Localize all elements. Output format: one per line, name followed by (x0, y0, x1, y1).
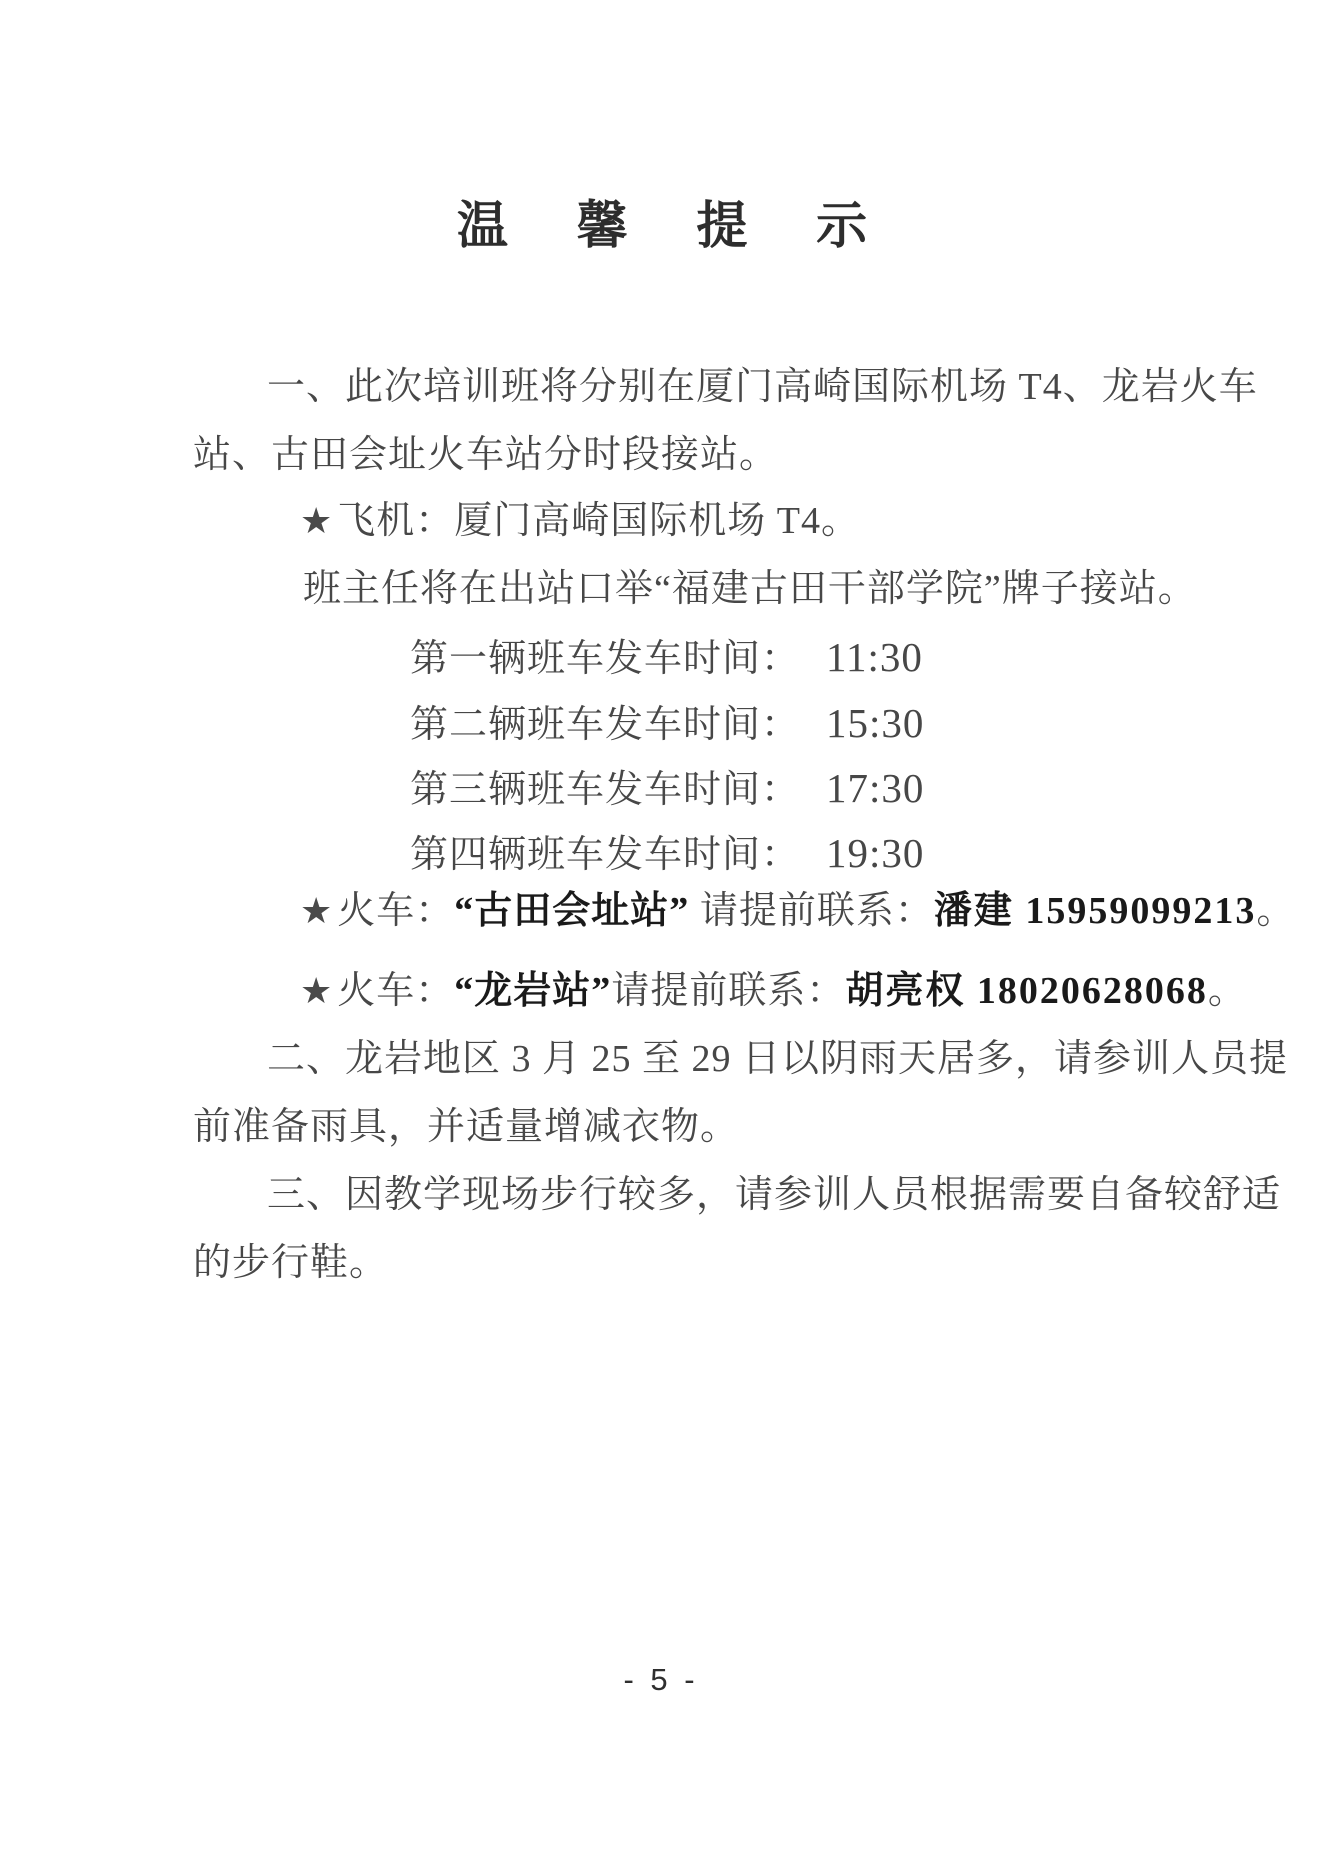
paragraph-pickup-line-1: 一、此次培训班将分别在厦门高崎国际机场 T4、龙岩火车 (267, 366, 1258, 410)
train-longyan-middle: 请提前联系： (611, 970, 845, 1012)
plane-pickup-line: ★飞机：厦门高崎国际机场 T4。 (300, 500, 860, 544)
bus-time-3: 第三辆班车发车时间：17:30 (410, 765, 924, 813)
paragraph-weather-line-2: 前准备雨具，并适量增减衣物。 (193, 1106, 739, 1150)
train-gutian-station: “古田会址站” (454, 890, 689, 932)
train-gutian-contact: 潘建 15959099213 (934, 890, 1257, 932)
train-gutian-label: 火车： (337, 890, 454, 932)
document-page: 温 馨 提 示 一、此次培训班将分别在厦门高崎国际机场 T4、龙岩火车 站、古田… (0, 0, 1322, 1869)
star-icon: ★ (300, 971, 333, 1012)
train-gutian-end: 。 (1256, 890, 1295, 932)
train-longyan-label: 火车： (337, 970, 454, 1012)
bus-time-3-value: 17:30 (826, 765, 924, 811)
paragraph-shoes-line-1: 三、因教学现场步行较多，请参训人员根据需要自备较舒适 (267, 1174, 1281, 1218)
train-longyan-station: “龙岩站” (454, 970, 611, 1012)
paragraph-weather-line-1: 二、龙岩地区 3 月 25 至 29 日以阴雨天居多，请参训人员提 (267, 1038, 1288, 1082)
train-longyan-line: ★火车：“龙岩站”请提前联系：胡亮权 18020628068。 (300, 970, 1247, 1014)
host-sign-line: 班主任将在出站口举“福建古田干部学院”牌子接站。 (303, 568, 1197, 612)
star-icon: ★ (300, 891, 333, 932)
bus-time-4-value: 19:30 (826, 830, 924, 876)
train-longyan-contact: 胡亮权 18020628068 (845, 970, 1208, 1012)
train-gutian-line: ★火车：“古田会址站” 请提前联系：潘建 15959099213。 (300, 890, 1295, 934)
bus-time-1-value: 11:30 (826, 634, 923, 680)
bus-time-1: 第一辆班车发车时间：11:30 (410, 634, 923, 682)
star-icon: ★ (300, 501, 333, 542)
bus-time-1-label: 第一辆班车发车时间： (410, 638, 800, 680)
bus-time-2: 第二辆班车发车时间：15:30 (410, 700, 924, 748)
document-title: 温 馨 提 示 (0, 184, 1322, 258)
plane-pickup-text: 飞机：厦门高崎国际机场 T4。 (337, 500, 860, 542)
train-gutian-middle: 请提前联系： (689, 890, 934, 932)
bus-time-4: 第四辆班车发车时间：19:30 (410, 830, 924, 878)
train-longyan-end: 。 (1208, 970, 1247, 1012)
paragraph-pickup-line-2: 站、古田会址火车站分时段接站。 (193, 434, 778, 478)
bus-time-2-value: 15:30 (826, 700, 924, 746)
page-number: - 5 - (0, 1662, 1322, 1698)
bus-time-2-label: 第二辆班车发车时间： (410, 704, 800, 746)
paragraph-shoes-line-2: 的步行鞋。 (193, 1242, 388, 1286)
bus-time-3-label: 第三辆班车发车时间： (410, 769, 800, 811)
bus-time-4-label: 第四辆班车发车时间： (410, 834, 800, 876)
